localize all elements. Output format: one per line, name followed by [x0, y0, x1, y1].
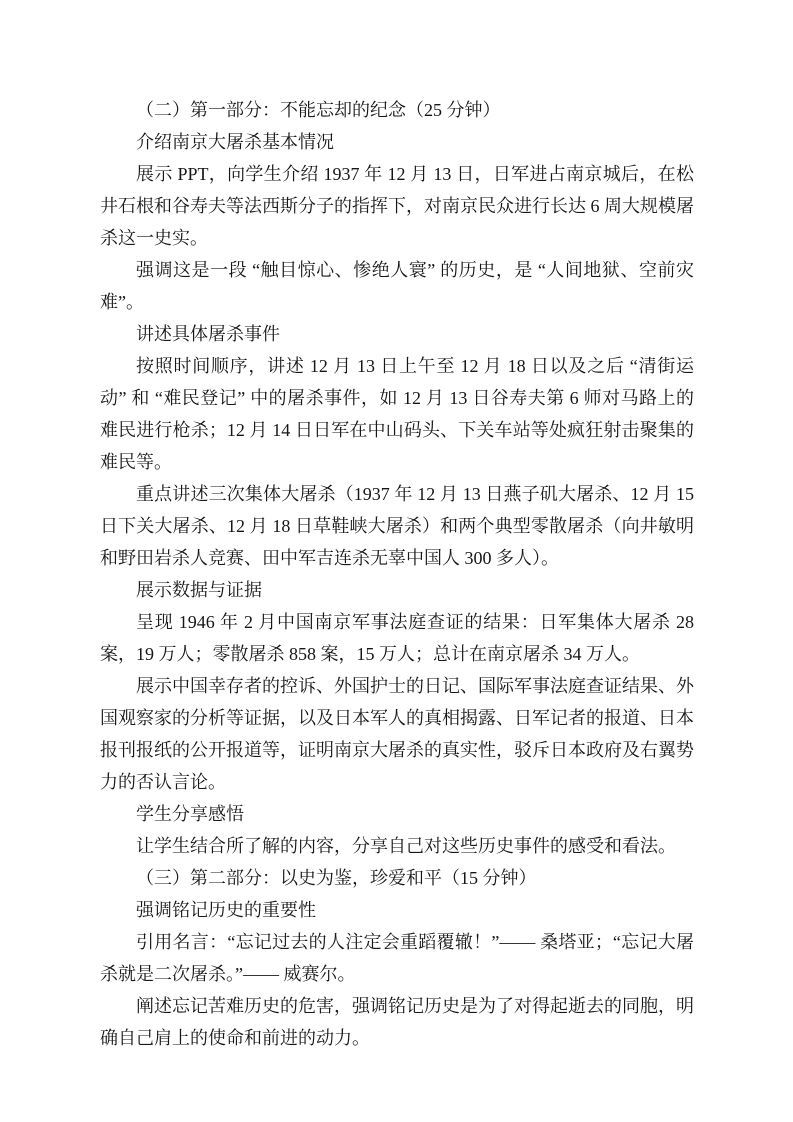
paragraph: 强调这是一段 “触目惊心、惨绝人寰” 的历史，是 “人间地狱、空前灾难”。	[100, 254, 694, 318]
paragraph: （三）第二部分：以史为鉴，珍爱和平（15 分钟）	[100, 862, 694, 894]
paragraph: 介绍南京大屠杀基本情况	[100, 126, 694, 158]
paragraph: 让学生结合所了解的内容，分享自己对这些历史事件的感受和看法。	[100, 830, 694, 862]
paragraph: 讲述具体屠杀事件	[100, 318, 694, 350]
paragraph: 呈现 1946 年 2 月中国南京军事法庭查证的结果：日军集体大屠杀 28 案，…	[100, 606, 694, 670]
paragraph: 展示 PPT，向学生介绍 1937 年 12 月 13 日，日军进占南京城后，在…	[100, 158, 694, 254]
document-body: （二）第一部分：不能忘却的纪念（25 分钟）介绍南京大屠杀基本情况展示 PPT，…	[100, 94, 694, 1054]
paragraph: 展示中国幸存者的控诉、外国护士的日记、国际军事法庭查证结果、外国观察家的分析等证…	[100, 670, 694, 798]
paragraph: 按照时间顺序，讲述 12 月 13 日上午至 12 月 18 日以及之后 “清街…	[100, 350, 694, 478]
paragraph: 学生分享感悟	[100, 798, 694, 830]
paragraph: 引用名言：“忘记过去的人注定会重蹈覆辙！”—— 桑塔亚；“忘记大屠杀就是二次屠杀…	[100, 926, 694, 990]
paragraph: 阐述忘记苦难历史的危害，强调铭记历史是为了对得起逝去的同胞，明确自己肩上的使命和…	[100, 990, 694, 1054]
paragraph: （二）第一部分：不能忘却的纪念（25 分钟）	[100, 94, 694, 126]
paragraph: 强调铭记历史的重要性	[100, 894, 694, 926]
paragraph: 重点讲述三次集体大屠杀（1937 年 12 月 13 日燕子矶大屠杀、12 月 …	[100, 478, 694, 574]
paragraph: 展示数据与证据	[100, 574, 694, 606]
document-page: （二）第一部分：不能忘却的纪念（25 分钟）介绍南京大屠杀基本情况展示 PPT，…	[0, 0, 793, 1122]
